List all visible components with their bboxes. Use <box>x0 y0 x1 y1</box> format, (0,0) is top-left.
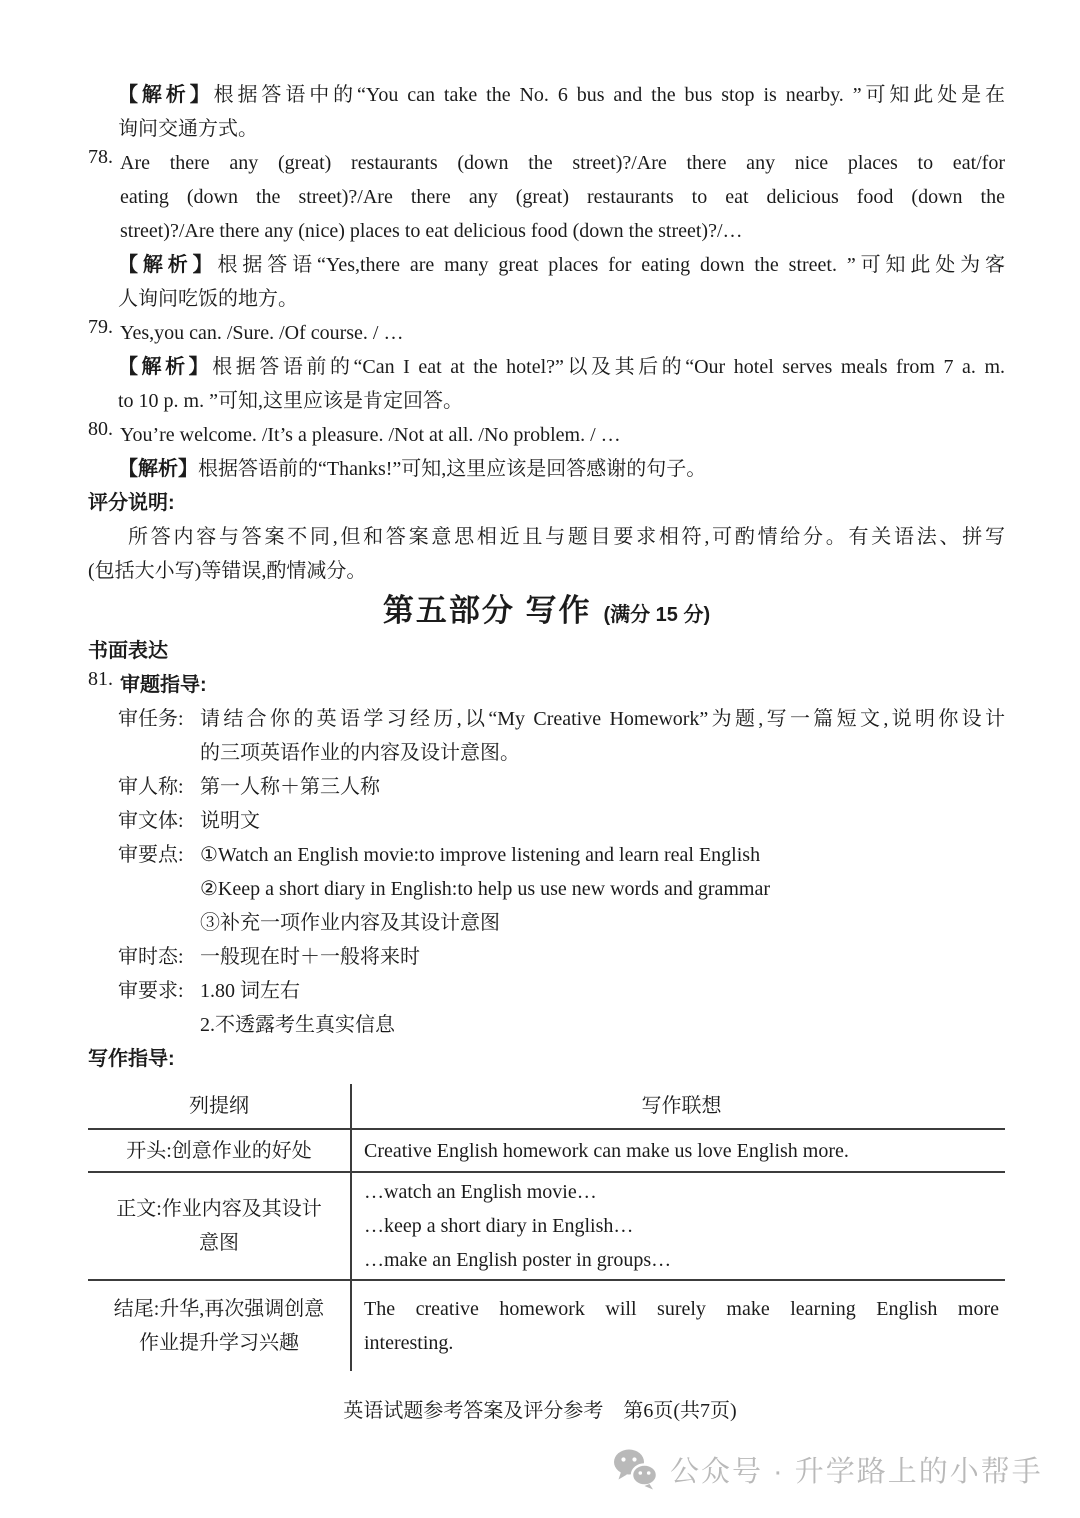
analysis-text: 根据答语前的“Thanks!”可知,这里应该是回答感谢的句子。 <box>198 458 706 480</box>
review-label: 审任务: <box>118 702 184 731</box>
table-row: 开头:创意作业的好处 Creative English homework can… <box>88 1130 1005 1173</box>
table-row: 正文:作业内容及其设计 意图 …watch an English movie… … <box>88 1173 1005 1281</box>
analysis-79: 【解析】根据答语前的“Can I eat at the hotel?”以及其后的… <box>88 350 1005 418</box>
analysis-tag: 【解析】 <box>118 84 214 106</box>
analysis-line: 【解析】根据答语前的“Thanks!”可知,这里应该是回答感谢的句子。 <box>118 452 1005 486</box>
review-label: 审文体: <box>118 804 184 833</box>
analysis-line: to 10 p. m. ”可知,这里应该是肯定回答。 <box>118 384 1005 418</box>
review-line: 的三项英语作业的内容及设计意图。 <box>200 736 1005 770</box>
analysis-line: 【解析】根据答语中的“You can take the No. 6 bus an… <box>118 78 1005 112</box>
exam-answer-page: 【解析】根据答语中的“You can take the No. 6 bus an… <box>0 0 1080 1518</box>
answer-line: Yes,you can. /Sure. /Of course. / … <box>120 316 1005 350</box>
table-row: 结尾:升华,再次强调创意 作业提升学习兴趣 The creative homew… <box>88 1281 1005 1371</box>
table-cell-association: …watch an English movie… …keep a short d… <box>350 1173 1005 1279</box>
scoring-notes-line: (包括大小写)等错误,酌情减分。 <box>88 554 1005 588</box>
item-number: 80. <box>88 418 113 441</box>
item-number: 78. <box>88 146 113 169</box>
table-header-row: 列提纲 写作联想 <box>88 1084 1005 1130</box>
scoring-notes-line: 所答内容与答案不同,但和答案意思相近且与题目要求相符,可酌情给分。有关语法、拼写 <box>88 520 1005 554</box>
analysis-tag: 【解析】 <box>118 254 218 276</box>
analysis-line: 人询问吃饭的地方。 <box>118 282 1005 316</box>
review-line: ①Watch an English movie:to improve liste… <box>200 838 1005 872</box>
table-cell-outline: 结尾:升华,再次强调创意 作业提升学习兴趣 <box>88 1281 350 1371</box>
review-line: 1.80 词左右 <box>200 974 1005 1008</box>
analysis-tag: 【解析】 <box>118 458 198 480</box>
analysis-line: 询问交通方式。 <box>118 112 1005 146</box>
table-cell-outline: 正文:作业内容及其设计 意图 <box>88 1173 350 1279</box>
review-tense: 审时态: 一般现在时＋一般将来时 <box>88 940 1005 974</box>
part5-title-row: 第五部分 写作(满分 15 分) <box>88 588 1005 634</box>
analysis-text: 根据答语“Yes,there are many great places for… <box>218 254 1006 276</box>
table-header-association: 写作联想 <box>350 1084 1005 1128</box>
part5-title: 第五部分 写作 <box>383 593 592 628</box>
table-header-outline: 列提纲 <box>88 1084 350 1128</box>
answer-item-79: 79. Yes,you can. /Sure. /Of course. / … <box>88 316 1005 350</box>
review-requirements: 审要求: 1.80 词左右 2.不透露考生真实信息 <box>88 974 1005 1042</box>
review-label: 审时态: <box>118 940 184 969</box>
answer-line: You’re welcome. /It’s a pleasure. /Not a… <box>120 418 1005 452</box>
table-cell-association: The creative homework will surely make l… <box>350 1281 1005 1371</box>
review-points: 审要点: ①Watch an English movie:to improve … <box>88 838 1005 940</box>
review-person: 审人称: 第一人称＋第三人称 <box>88 770 1005 804</box>
table-cell-outline: 开头:创意作业的好处 <box>88 1130 350 1171</box>
review-label: 审要求: <box>118 974 184 1003</box>
analysis-77: 【解析】根据答语中的“You can take the No. 6 bus an… <box>88 78 1005 146</box>
review-genre: 审文体: 说明文 <box>88 804 1005 838</box>
item-number: 79. <box>88 316 113 339</box>
review-line: 说明文 <box>200 804 1005 838</box>
item-81-heading: 81. 审题指导: <box>88 668 1005 702</box>
table-cell-association: Creative English homework can make us lo… <box>350 1130 1005 1171</box>
review-line: 请结合你的英语学习经历,以“My Creative Homework”为题,写一… <box>200 702 1005 736</box>
answer-item-80: 80. You’re welcome. /It’s a pleasure. /N… <box>88 418 1005 452</box>
section-heading-written-expression: 书面表达 <box>88 634 1005 668</box>
analysis-line: 【解析】根据答语“Yes,there are many great places… <box>118 248 1005 282</box>
answer-item-78: 78. Are there any (great) restaurants (d… <box>88 146 1005 248</box>
review-line: 2.不透露考生真实信息 <box>200 1008 1005 1042</box>
table-column-divider <box>350 1084 352 1371</box>
review-line: 第一人称＋第三人称 <box>200 770 1005 804</box>
review-label: 审要点: <box>118 838 184 867</box>
item-number: 81. <box>88 668 113 691</box>
writing-guide-heading: 写作指导: <box>88 1042 1005 1076</box>
watermark: 公众号 · 升学路上的小帮手 <box>612 1448 1043 1490</box>
page-footer: 英语试题参考答案及评分参考 第6页(共7页) <box>0 1394 1080 1428</box>
writing-guide-table: 列提纲 写作联想 开头:创意作业的好处 Creative English hom… <box>88 1084 1005 1371</box>
analysis-text: 根据答语中的“You can take the No. 6 bus and th… <box>214 84 1005 106</box>
review-line: ②Keep a short diary in English:to help u… <box>200 872 1005 906</box>
part5-score-note: (满分 15 分) <box>603 604 710 626</box>
answer-line: Are there any (great) restaurants (down … <box>120 146 1005 180</box>
analysis-text: 根据答语前的“Can I eat at the hotel?”以及其后的“Our… <box>212 356 1005 378</box>
review-line: ③补充一项作业内容及其设计意图 <box>200 906 1005 940</box>
analysis-tag: 【解析】 <box>118 356 212 378</box>
answer-flow: 【解析】根据答语中的“You can take the No. 6 bus an… <box>88 78 1005 1076</box>
scoring-notes-heading: 评分说明: <box>88 486 1005 520</box>
wechat-icon <box>612 1448 658 1490</box>
answer-line: street)?/Are there any (nice) places to … <box>120 214 1005 248</box>
analysis-80: 【解析】根据答语前的“Thanks!”可知,这里应该是回答感谢的句子。 <box>88 452 1005 486</box>
analysis-78: 【解析】根据答语“Yes,there are many great places… <box>88 248 1005 316</box>
analysis-line: 【解析】根据答语前的“Can I eat at the hotel?”以及其后的… <box>118 350 1005 384</box>
item-81-label: 审题指导: <box>120 668 1005 702</box>
review-task: 审任务: 请结合你的英语学习经历,以“My Creative Homework”… <box>88 702 1005 770</box>
review-label: 审人称: <box>118 770 184 799</box>
answer-line: eating (down the street)?/Are there any … <box>120 180 1005 214</box>
review-line: 一般现在时＋一般将来时 <box>200 940 1005 974</box>
watermark-text: 公众号 · 升学路上的小帮手 <box>670 1449 1043 1490</box>
